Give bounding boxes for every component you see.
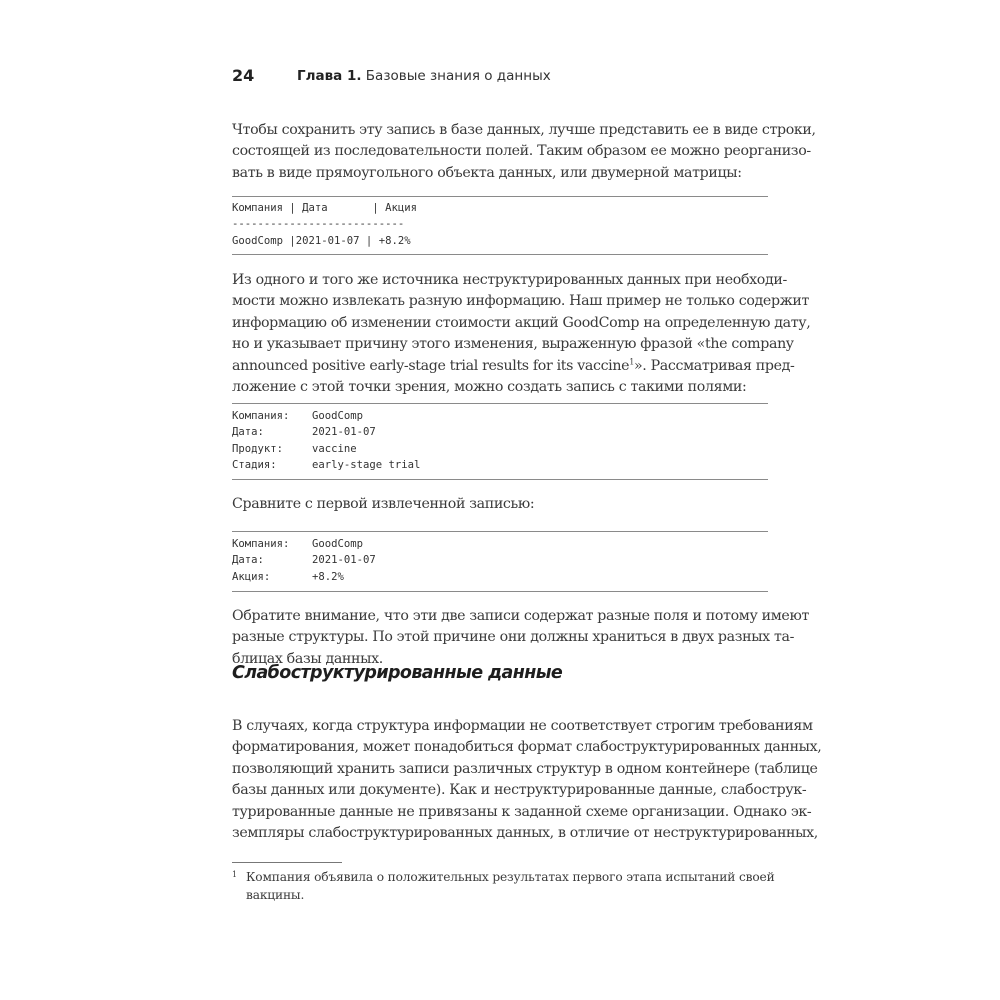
code-table-separator: --------------------------- bbox=[232, 216, 768, 232]
page-number: 24 bbox=[232, 66, 254, 85]
record-key: Стадия: bbox=[232, 457, 312, 473]
footnote-text: Компания объявила о положительных резуль… bbox=[246, 868, 768, 904]
record-stock-block: Компания:GoodComp Дата:2021-01-07 Акция:… bbox=[232, 531, 768, 592]
text-line: В случаях, когда структура информации не… bbox=[232, 716, 768, 737]
text-line: разные структуры. По этой причине они до… bbox=[232, 627, 768, 648]
record-key: Компания: bbox=[232, 536, 312, 552]
text-line: Сравните с первой извлеченной записью: bbox=[232, 494, 768, 515]
text-line: информацию об изменении стоимости акций … bbox=[232, 313, 768, 334]
record-row: Акция:+8.2% bbox=[232, 569, 768, 585]
running-head: 24 Глава 1. Базовые знания о данных bbox=[232, 66, 768, 90]
text-line: мости можно извлекать разную информацию.… bbox=[232, 291, 768, 312]
record-row: Компания:GoodComp bbox=[232, 408, 768, 424]
record-value: +8.2% bbox=[312, 569, 344, 585]
code-table-row: GoodComp |2021-01-07 | +8.2% bbox=[232, 233, 768, 249]
text-fragment: announced positive early-stage trial res… bbox=[232, 358, 629, 374]
footnote-divider bbox=[232, 862, 342, 863]
chapter-heading: Глава 1. Базовые знания о данных bbox=[297, 68, 551, 84]
chapter-title: Базовые знания о данных bbox=[366, 68, 551, 84]
text-line: позволяющий хранить записи различных стр… bbox=[232, 759, 768, 780]
text-line: состоящей из последовательности полей. Т… bbox=[232, 141, 768, 162]
code-table-block: Компания | Дата | Акция ----------------… bbox=[232, 196, 768, 255]
record-value: GoodComp bbox=[312, 408, 363, 424]
text-line: турированные данные не привязаны к задан… bbox=[232, 802, 768, 823]
text-line: announced positive early-stage trial res… bbox=[232, 356, 768, 377]
text-line: базы данных или документе). Как и нестру… bbox=[232, 780, 768, 801]
section-heading: Слабоструктурированные данные bbox=[232, 663, 562, 683]
text-line: Компания объявила о положительных резуль… bbox=[246, 868, 768, 886]
footnote-mark: 1 bbox=[232, 866, 237, 884]
record-key: Дата: bbox=[232, 424, 312, 440]
record-row: Дата:2021-01-07 bbox=[232, 552, 768, 568]
code-table-header: Компания | Дата | Акция bbox=[232, 200, 768, 216]
record-key: Компания: bbox=[232, 408, 312, 424]
text-line: Чтобы сохранить эту запись в базе данных… bbox=[232, 120, 768, 141]
text-line: вать в виде прямоугольного объекта данны… bbox=[232, 163, 768, 184]
text-line: Из одного и того же источника неструктур… bbox=[232, 270, 768, 291]
paragraph-intro: Чтобы сохранить эту запись в базе данных… bbox=[232, 120, 768, 184]
record-row: Дата:2021-01-07 bbox=[232, 424, 768, 440]
record-value: 2021-01-07 bbox=[312, 552, 376, 568]
text-line: вакцины. bbox=[246, 886, 768, 904]
record-row: Компания:GoodComp bbox=[232, 536, 768, 552]
text-line: форматирования, может понадобиться форма… bbox=[232, 737, 768, 758]
text-line: но и указывает причину этого изменения, … bbox=[232, 334, 768, 355]
text-fragment: ». Рассматривая пред- bbox=[634, 358, 795, 374]
record-key: Продукт: bbox=[232, 441, 312, 457]
paragraph-semistructured: В случаях, когда структура информации не… bbox=[232, 716, 768, 844]
record-value: vaccine bbox=[312, 441, 357, 457]
text-line: ложение с этой точки зрения, можно созда… bbox=[232, 377, 768, 398]
paragraph-compare: Сравните с первой извлеченной записью: bbox=[232, 494, 768, 515]
record-value: 2021-01-07 bbox=[312, 424, 376, 440]
paragraph-notice: Обратите внимание, что эти две записи со… bbox=[232, 606, 768, 670]
record-product-block: Компания:GoodComp Дата:2021-01-07 Продук… bbox=[232, 403, 768, 480]
record-key: Акция: bbox=[232, 569, 312, 585]
record-key: Дата: bbox=[232, 552, 312, 568]
paragraph-extraction: Из одного и того же источника неструктур… bbox=[232, 270, 768, 398]
chapter-label: Глава 1. bbox=[297, 68, 361, 84]
footnote: 1 Компания объявила о положительных резу… bbox=[232, 868, 768, 904]
record-row: Продукт:vaccine bbox=[232, 441, 768, 457]
text-line: Обратите внимание, что эти две записи со… bbox=[232, 606, 768, 627]
record-value: GoodComp bbox=[312, 536, 363, 552]
record-row: Стадия:early-stage trial bbox=[232, 457, 768, 473]
record-value: early-stage trial bbox=[312, 457, 420, 473]
text-line: земпляры слабоструктурированных данных, … bbox=[232, 823, 768, 844]
